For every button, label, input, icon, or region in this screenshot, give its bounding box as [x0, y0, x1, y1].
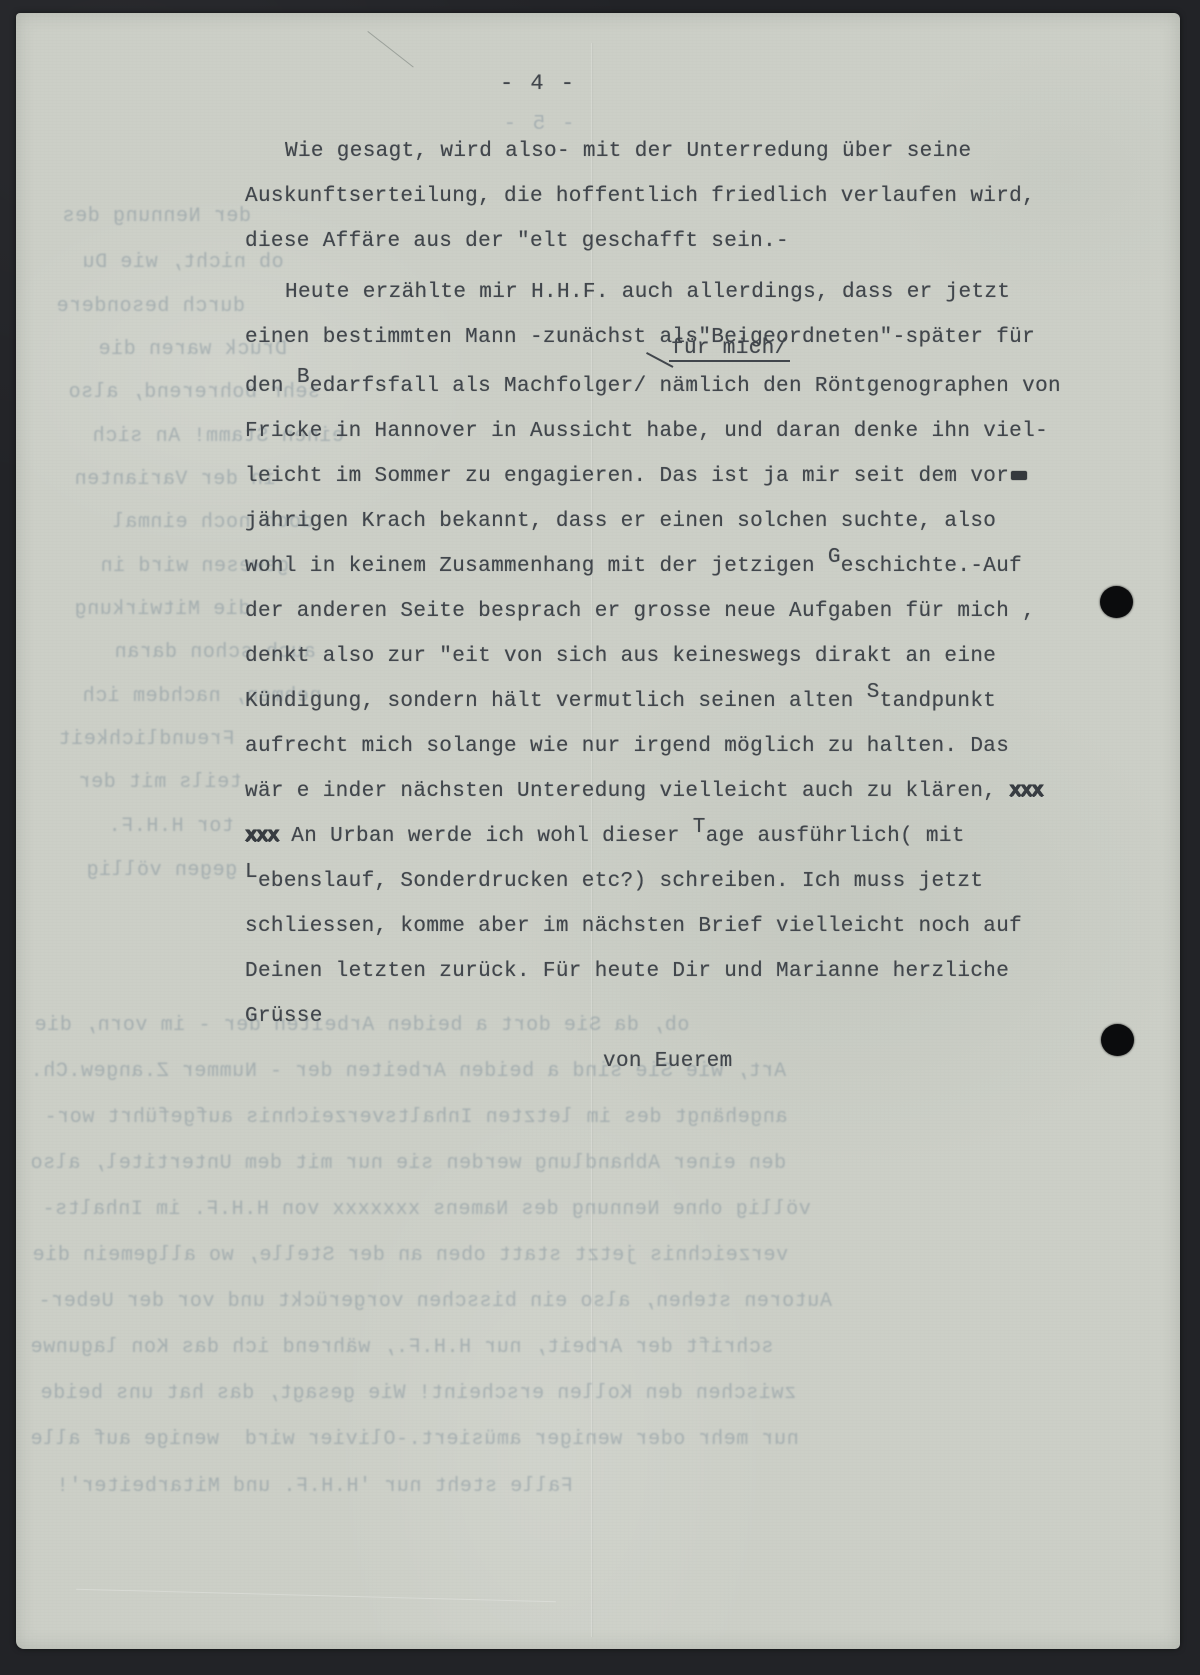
typed-line: einen bestimmten Mann -zunächst als"Beig…	[245, 315, 1075, 360]
typed-segment-struck: xxx	[1009, 780, 1042, 803]
typed-line: schliessen, komme aber im nächsten Brief…	[245, 904, 1075, 949]
scanned-letter-screenshot: { "page": { "number_label": "- 4 -", "gh…	[0, 0, 1200, 1675]
typed-line: den Bedarfsfall als Machfolger/ nämlich …	[245, 364, 1075, 409]
punch-hole-top	[1100, 586, 1133, 618]
ghost-line: verzeichnis jetzt statt oben an der Stel…	[32, 1244, 788, 1267]
typed-line: Lebenslauf, Sonderdrucken etc?) schreibe…	[245, 859, 1075, 904]
typed-segment: von Euerem	[603, 1050, 733, 1073]
ghost-line: tor H.H.F.	[108, 815, 234, 838]
typed-line: Kündigung, sondern hält vermutlich seine…	[245, 679, 1075, 724]
typed-segment: Grüsse	[245, 1005, 323, 1028]
typed-line: wohl in keinem Zusammenhang mit der jetz…	[245, 544, 1075, 589]
ghost-line: völlig ohne Nennung des Namens xxxxxxx v…	[42, 1198, 811, 1221]
typed-line: Heute erzählte mir H.H.F. auch allerding…	[245, 270, 1075, 315]
typed-line: denkt also zur "eit von sich aus keinesw…	[245, 634, 1075, 679]
typed-segment: schliessen, komme aber im nächsten Brief…	[245, 915, 1022, 938]
typed-segment-raised: G	[828, 546, 841, 569]
ghost-line: Freundlichkeit	[58, 728, 234, 751]
letter-page: - 5 - der Nennung desob nicht, wie Dudur…	[16, 13, 1180, 1649]
ghost-line: durch besondere	[56, 295, 245, 318]
typed-segment: Fricke in Hannover in Aussicht habe, und…	[245, 420, 1048, 443]
typed-segment: der anderen Seite besprach er grosse neu…	[245, 600, 1035, 623]
typed-segment: aufrecht mich solange wie nur irgend mög…	[245, 735, 1009, 758]
ghost-line: der Nennung des	[62, 205, 251, 228]
typed-segment: einen bestimmten Mann -zunächst als"Beig…	[245, 326, 1035, 349]
typed-segment: eschichte.-Auf	[841, 555, 1022, 578]
typed-segment: den	[245, 375, 297, 398]
typed-line: Wie gesagt, wird also- mit der Unterredu…	[245, 129, 1075, 174]
typed-segment: jährigen Krach bekannt, dass er einen so…	[245, 510, 996, 533]
typed-segment-struck: xxx	[245, 825, 278, 848]
typed-segment: diese Affäre aus der "elt geschafft sein…	[245, 230, 789, 253]
ghost-line: Falle steht nur 'H.H.F. und Mitarbeiter'…	[56, 1475, 573, 1498]
typed-segment: edarfsfall als Machfolger/ nämlich den R…	[310, 375, 1061, 398]
typed-segment: Heute erzählte mir H.H.F. auch allerding…	[285, 281, 1010, 304]
typed-segment-raised: L	[245, 861, 258, 884]
typed-segment: tandpunkt	[880, 690, 997, 713]
ghost-line: schrift der Arbeit, nur H.H.F., während …	[30, 1336, 774, 1359]
page-number: - 4 -	[478, 71, 598, 96]
typed-segment: leicht im Sommer zu engagieren. Das ist …	[245, 465, 1009, 488]
ghost-line: zwischen den Kollen erscheint! Wie gesag…	[40, 1382, 796, 1405]
typed-line: der anderen Seite besprach er grosse neu…	[245, 589, 1075, 634]
typed-segment-blot	[1011, 471, 1027, 480]
typed-line: xxx An Urban werde ich wohl dieser Tage …	[245, 814, 1075, 859]
typed-segment: Kündigung, sondern hält vermutlich seine…	[245, 690, 867, 713]
typed-segment: ebenslauf, Sonderdrucken etc?) schreiben…	[258, 870, 983, 893]
ghost-line: angehängt des im letzten Inhaltsverzeich…	[44, 1106, 788, 1129]
typed-segment: An Urban werde ich wohl dieser	[278, 825, 692, 848]
typed-line: Auskunftserteilung, die hoffentlich frie…	[245, 174, 1075, 219]
typed-line: diese Affäre aus der "elt geschafft sein…	[245, 219, 1075, 264]
paper-scratch	[367, 31, 413, 67]
interline-insertion: für mich/	[669, 338, 790, 362]
typed-text-layer: Wie gesagt, wird also- mit der Unterredu…	[245, 129, 1075, 1084]
typed-line: leicht im Sommer zu engagieren. Das ist …	[245, 454, 1075, 499]
typed-segment: wohl in keinem Zusammenhang mit der jetz…	[245, 555, 828, 578]
ghost-line: den einer Abhandlung werden sie nur mit …	[30, 1152, 786, 1175]
ghost-line: die Mitwirkung	[74, 598, 250, 621]
typed-segment: Deinen letzten zurück. Für heute Dir und…	[245, 960, 1009, 983]
typed-line: jährigen Krach bekannt, dass er einen so…	[245, 499, 1075, 544]
typed-line: von Euerem	[245, 1039, 1075, 1084]
typed-line: wär e inder nächsten Unteredung vielleic…	[245, 769, 1075, 814]
typed-line: Fricke in Hannover in Aussicht habe, und…	[245, 409, 1075, 454]
typed-segment-raised: B	[297, 366, 310, 389]
typed-segment: denkt also zur "eit von sich aus keinesw…	[245, 645, 996, 668]
typed-segment: age ausführlich( mit	[706, 825, 965, 848]
ghost-line: nur mehr oder weniger amüsiert.-Olivier …	[30, 1428, 799, 1451]
typed-segment-raised: S	[867, 681, 880, 704]
punch-hole-bottom	[1101, 1024, 1134, 1056]
typed-line: aufrecht mich solange wie nur irgend mög…	[245, 724, 1075, 769]
ghost-line: Autoren stehen, also ein bisschen vorger…	[38, 1290, 832, 1313]
typed-segment: Auskunftserteilung, die hoffentlich frie…	[245, 185, 1035, 208]
typed-segment: Wie gesagt, wird also- mit der Unterredu…	[285, 140, 971, 163]
typed-line: Deinen letzten zurück. Für heute Dir und…	[245, 949, 1075, 994]
ghost-line: teils mit der	[78, 771, 242, 794]
typed-segment-raised: T	[693, 816, 706, 839]
ghost-line: gegen völlig	[86, 859, 237, 882]
bottom-edge-crease	[76, 1589, 556, 1603]
typed-segment: wär e inder nächsten Unteredung vielleic…	[245, 780, 1009, 803]
typed-line: Grüsse	[245, 994, 1075, 1039]
